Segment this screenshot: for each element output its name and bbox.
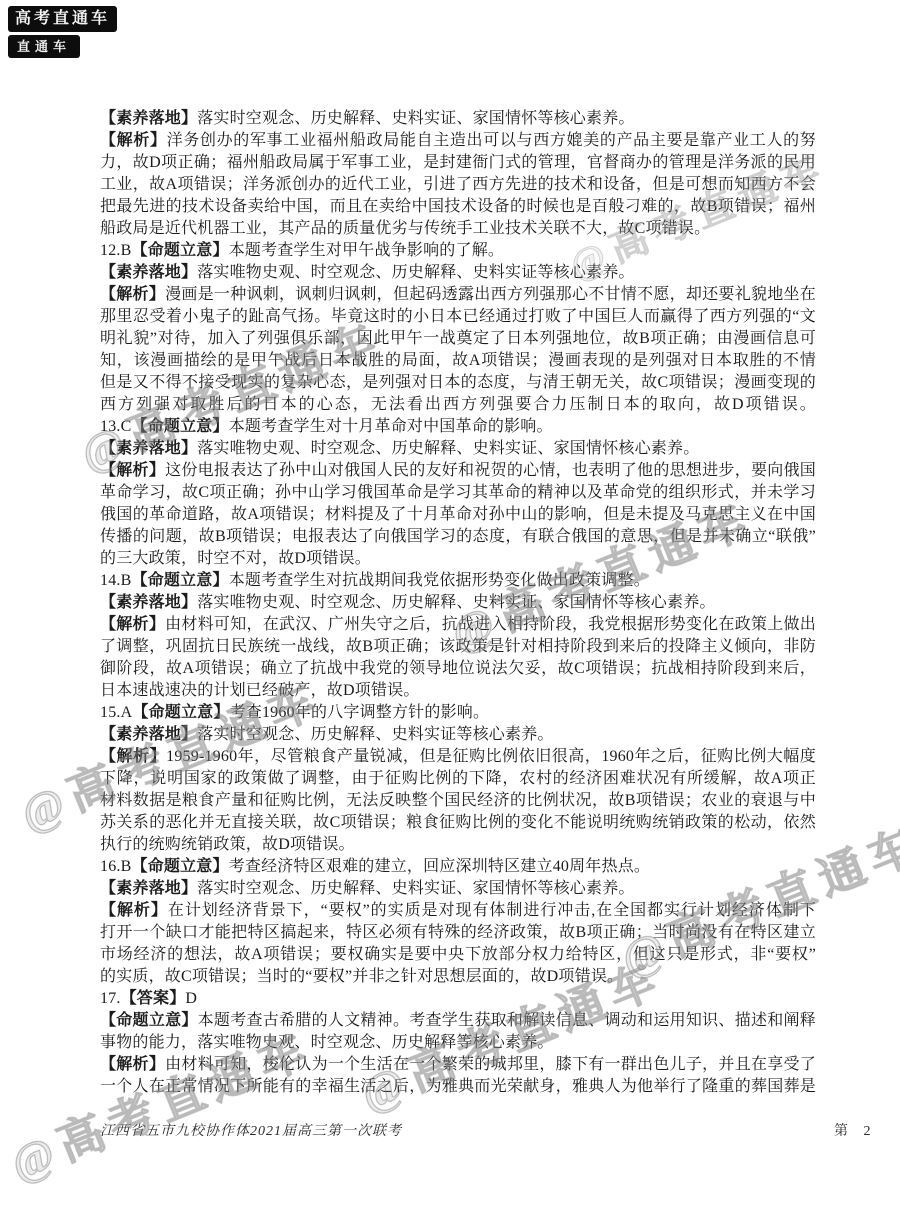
text-line: 【素养落地】落实时空观念、历史解释、史料实证等核心素养。 [100,724,816,746]
text-line: 知，该漫画描绘的是甲午战后日本战胜的局面，故A项错误；漫画表现的是列强对日本取胜… [100,350,816,372]
text-line: 材料数据是粮食产量和征购比例，无法反映整个国民经济的比例状况，故B项错误；农业的… [100,790,816,812]
text-line: 【解析】在计划经济背景下，“要权”的实质是对现有体制进行冲击,在全国都实行计划经… [100,900,816,922]
text-line: 了调整，巩固抗日民族统一战线，故B项正确；该政策是针对相持阶段到来后的投降主义倾… [100,636,816,658]
text-line: 执行的统购统销政策，故D项错误。 [100,834,816,856]
text-line: 的实质，故C项错误；当时的“要权”并非之针对思想层面的，故D项错误。 [100,966,816,988]
text-line: 明礼貌”对待，加入了列强俱乐部，因此甲午一战奠定了日本列强地位，故B项正确；由漫… [100,328,816,350]
text-line: 14.B【命题立意】本题考查学生对抗战期间我党依据形势变化做出政策调整。 [100,570,816,592]
text-line: 【解析】由材料可知，梭伦认为一个生活在一个繁荣的城邦里，膝下有一群出色儿子，并且… [100,1054,816,1076]
text-line: 【解析】这份电报表达了孙中山对俄国人民的友好和祝贺的心情，也表明了他的思想进步，… [100,460,816,482]
text-line: 【素养落地】落实时空观念、历史解释、史料实证、家国情怀等核心素养。 [100,108,816,130]
text-line: 16.B【命题立意】考查经济特区艰难的建立，回应深圳特区建立40周年热点。 [100,856,816,878]
text-line: 【解析】漫画是一种讽刺，讽刺归讽刺，但起码透露出西方列强那心不甘情不愿，却还要礼… [100,284,816,306]
text-line: 【解析】1959-1960年，尽管粮食产量锐减，但是征购比例依旧很高，1960年… [100,746,816,768]
text-line: 【解析】由材料可知，在武汉、广州失守之后，抗战进入相持阶段，我党根据形势变化在政… [100,614,816,636]
text-line: 12.B【命题立意】本题考查学生对甲午战争影响的了解。 [100,240,816,262]
text-line: 【解析】洋务创办的军事工业福州船政局能自主造出可以与西方媲美的产品主要是靠产业工… [100,130,816,152]
text-line: 日本速战速决的计划已经破产，故D项错误。 [100,680,816,702]
text-line: 一个人在正常情况下所能有的幸福生活之后，为雅典而光荣献身，雅典人为他举行了隆重的… [100,1076,816,1098]
text-line: 17.【答案】D [100,988,816,1010]
text-line: 的三大政策，时空不对，故D项错误。 [100,548,816,570]
text-line: 【素养落地】落实唯物史观、时空观念、历史解释、史料实证等核心素养。 [100,262,816,284]
text-line: 革命学习，故C项正确；孙中山学习俄国革命是学习其革命的精神以及革命党的组织形式，… [100,482,816,504]
text-line: 俄国的革命道路，故A项错误；材料提及了十月革命对孙中山的影响，但是未提及马克思主… [100,504,816,526]
scanned-answer-page: 高考直通车 直通车 @高考直通车 @高考直通车 @高考直通车 @高考直通车 @高… [0,0,900,1216]
footer-exam-title: 江西省五市九校协作体2021届高三第一次联考 [100,1120,402,1140]
text-line: 事物的能力，落实唯物史观、时空观念、历史解释等核心素养。 [100,1032,816,1054]
text-line: 下降，说明国家的政策做了调整，由于征购比例的下降，农村的经济困难状况有所缓解，故… [100,768,816,790]
text-line: 市场经济的想法，故A项错误；要权确实是要中央下放部分权力给特区，但这只是形式，非… [100,944,816,966]
text-line: 【素养落地】落实唯物史观、时空观念、历史解释、史料实证、家国情怀核心素养。 [100,438,816,460]
text-line: 力，故D项正确；福州船政局属于军事工业，是封建衙门式的管理，官督商办的管理是洋务… [100,152,816,174]
text-line: 传播的问题，故B项错误；电报表达了向俄国学习的态度，有联合俄国的意思，但是并未确… [100,526,816,548]
vendor-logo-line1: 高考直通车 [8,6,117,32]
text-line: 苏关系的恶化并无直接关联，故C项错误；粮食征购比例的变化不能说明统购统销政策的松… [100,812,816,834]
vendor-logo-stamp: 高考直通车 直通车 [8,6,117,58]
footer-page-number: 第 2 [834,1120,877,1140]
text-line: 【素养落地】落实唯物史观、时空观念、历史解释、史料实证、家国情怀等核心素养。 [100,592,816,614]
text-line: 13.C【命题立意】本题考查学生对十月革命对中国革命的影响。 [100,416,816,438]
text-line: 但是又不得不接受现实的复杂心态，是列强对日本的态度，与清王朝无关，故C项错误；漫… [100,372,816,394]
text-line: 把最先进的技术设备卖给中国，而且在卖给中国技术设备的时候也是百般刁难的，故B项错… [100,196,816,218]
text-line: 【素养落地】落实时空观念、历史解释、史料实证、家国情怀等核心素养。 [100,878,816,900]
text-line: 工业，故A项错误；洋务派创办的近代工业，引进了西方先进的技术和设备，但是可想而知… [100,174,816,196]
vendor-logo-line2: 直通车 [8,35,80,58]
text-line: 打开一个缺口才能把特区搞起来，特区必须有特殊的经济政策，故B项正确；当时尚没有在… [100,922,816,944]
text-line: 御阶段，故A项错误；确立了抗战中我党的领导地位说法欠妥，故C项错误；抗战相持阶段… [100,658,816,680]
answer-text-column: 【素养落地】落实时空观念、历史解释、史料实证、家国情怀等核心素养。【解析】洋务创… [100,108,816,1098]
text-line: 船政局是近代机器工业，其产品的质量优劣与传统手工业技术关联不大，故C项错误。 [100,218,816,240]
text-line: 西方列强对取胜后的日本的心态，无法看出西方列强要合力压制日本的取向，故D项错误。 [100,394,816,416]
text-line: 15.A【命题立意】考查1960年的八字调整方针的影响。 [100,702,816,724]
text-line: 【命题立意】本题考查古希腊的人文精神。考查学生获取和解读信息、调动和运用知识、描… [100,1010,816,1032]
text-line: 那里忍受着小鬼子的趾高气扬。毕竟这时的小日本已经通过打败了中国巨人而赢得了西方列… [100,306,816,328]
